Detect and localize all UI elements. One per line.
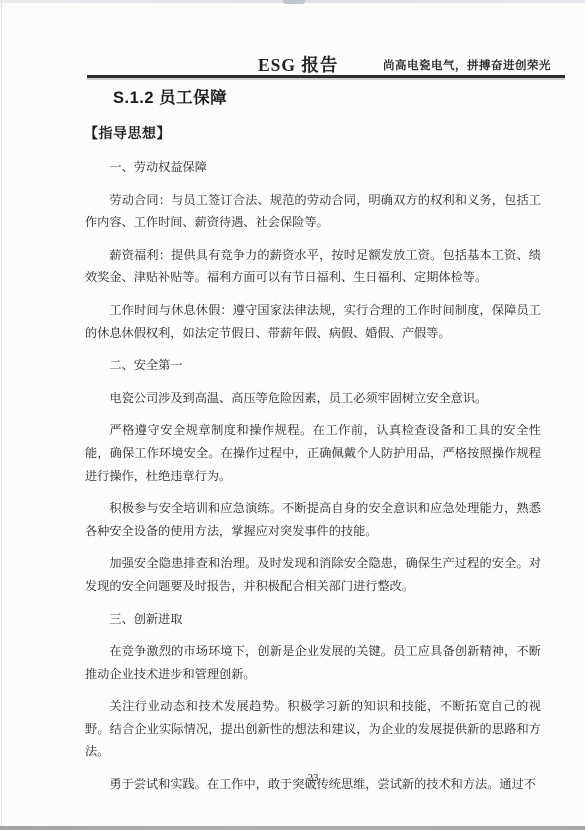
subheading-safety-first: 二、安全第一	[85, 354, 541, 377]
paragraph-working-hours: 工作时间与休息休假：遵守国家法律法规，实行合理的工作时间制度，保障员工的休息休假…	[85, 299, 541, 344]
guiding-principles-label: 【指导思想】	[84, 123, 171, 143]
paragraph-safety-training: 积极参与安全培训和应急演练。不断提高自身的安全意识和应急处理能力，熟悉各种安全设…	[85, 497, 541, 542]
paragraph-safety-awareness: 电瓷公司涉及到高温、高压等危险因素，员工必须牢固树立安全意识。	[85, 387, 541, 410]
paragraph-labor-contract: 劳动合同：与员工签订合法、规范的劳动合同，明确双方的权利和义务，包括工作内容、工…	[85, 189, 541, 234]
page-number: 23	[85, 772, 541, 784]
subheading-innovation: 三、创新进取	[85, 608, 541, 631]
paragraph-hazard-inspection: 加强安全隐患排查和治理。及时发现和消除安全隐患，确保生产过程的安全。对发现的安全…	[85, 552, 541, 597]
report-title: ESG 报告	[258, 52, 338, 77]
section-heading: S.1.2 员工保障	[113, 84, 227, 108]
paragraph-safety-rules: 严格遵守安全规章制度和操作规程。在工作前，认真检查设备和工具的安全性能，确保工作…	[85, 419, 541, 487]
document-body: 一、劳动权益保障 劳动合同：与员工签订合法、规范的劳动合同，明确双方的权利和义务…	[85, 156, 541, 806]
paragraph-innovation-key: 在竞争激烈的市场环境下，创新是企业发展的关键。员工应具备创新精神，不断推动企业技…	[85, 640, 541, 685]
paragraph-salary-benefits: 薪资福利：提供具有竞争力的薪资水平，按时足额发放工资。包括基本工资、绩效奖金、津…	[85, 244, 541, 289]
scan-artifact-smudge	[283, 0, 305, 4]
scanned-document-page: ESG 报告 尚高电瓷电气，拼搏奋进创荣光 S.1.2 员工保障 【指导思想】 …	[0, 0, 585, 830]
company-motto: 尚高电瓷电气，拼搏奋进创荣光	[383, 57, 523, 73]
scan-artifact-bottom-edge	[0, 826, 585, 830]
paragraph-industry-trends: 关注行业动态和技术发展趋势。积极学习新的知识和技能，不断拓宽自己的视野。结合企业…	[85, 695, 541, 763]
subheading-labor-rights: 一、劳动权益保障	[85, 156, 541, 179]
header-divider	[87, 75, 565, 78]
scan-artifact-left-edge	[1, 0, 2, 830]
